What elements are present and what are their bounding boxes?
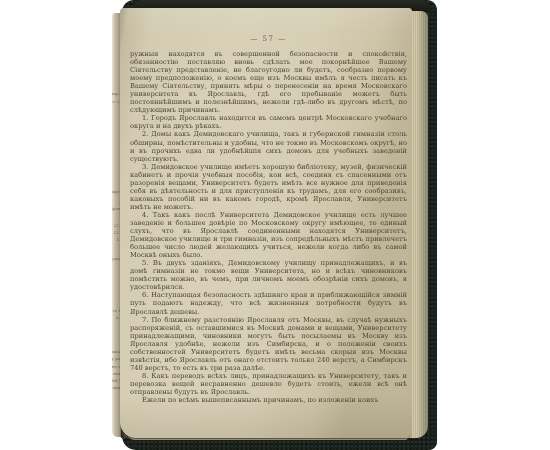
margin-text-fragment: вкрт (112, 189, 120, 194)
margin-text-fragment: тъ І (112, 308, 120, 313)
paragraph-continuation: ружныя находятся въ совершенной безопасн… (130, 50, 407, 114)
paragraph-item-7: 7. По ближнему разстоянію Ярославля отъ … (130, 316, 407, 372)
margin-text-fragment: вор. (112, 91, 120, 96)
paragraph-item-4: 4. Такъ какъ послѣ Университета Демидовс… (130, 211, 407, 259)
margin-text-fragment: мка (112, 349, 120, 354)
page-number: — 57 — (130, 35, 407, 43)
paragraph-item-1: 1. Городъ Ярославль находится въ самомъ … (130, 114, 407, 130)
book-page: — 57 — ружныя находятся въ совершенной б… (120, 8, 412, 438)
paragraph-item-2: 2. Домы какъ Демидовскаго училища, такъ … (130, 130, 407, 162)
margin-text-fragment: Прав (112, 206, 120, 211)
margin-text-fragment: ѣй ( (112, 378, 120, 383)
margin-text-fragment: грпр (112, 256, 120, 261)
margin-text-fragment: въ с (112, 364, 120, 369)
margin-text-fragment: мій (113, 371, 120, 376)
margin-text-fragment: скій (112, 385, 120, 390)
paragraph-item-5: 5. Въ двухъ зданіяхъ, Демидовскому учили… (130, 259, 407, 291)
paragraph-item-8: 8. Какъ переводъ всѣхъ лицъ, принадлежащ… (130, 372, 407, 396)
paragraph-item-3: 3. Демидовское училище имѣетъ хорошую би… (130, 163, 407, 211)
margin-text-fragment: у рк (112, 356, 120, 361)
paragraph-item-6: 6. Наступающая безопасность здѣшняго кра… (130, 291, 407, 315)
margin-text-fragment: л. І. (112, 99, 120, 104)
paragraph-closing: Ежели по всѣмъ вышеписаннымъ причинамъ, … (130, 396, 407, 404)
page-text: ружныя находятся въ совершенной безопасн… (130, 50, 407, 404)
book-photo: вор. л. І. вкрт Прав 27. 11. 1. грпр тъ … (0, 0, 550, 450)
